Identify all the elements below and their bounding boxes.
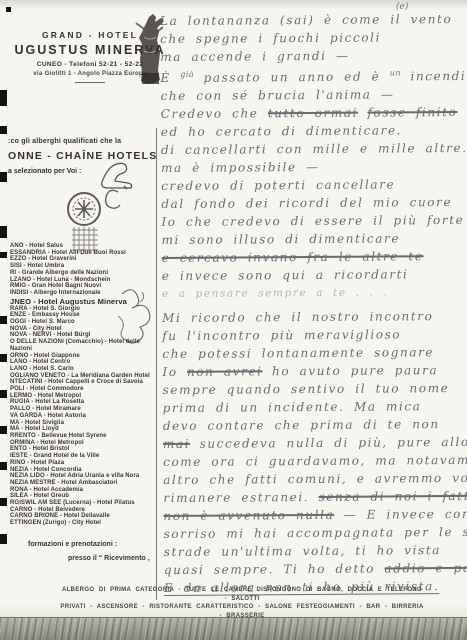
handwritten-line: non è avvenuto nulla — E invece con un: [163, 505, 465, 525]
hotel-list-item: CARNO - Hotel Belvedere: [10, 507, 157, 514]
hotel-list-item: RRENTO - Bellevue Hotel Syrene: [10, 433, 157, 440]
hotel-list-item: IESTE - Grand Hotel de la Ville: [10, 453, 157, 460]
handwritten-line: mi sono illuso di dimenticare: [161, 229, 463, 249]
scan-artifact: [0, 252, 7, 258]
scan-artifact: [0, 354, 7, 362]
handwritten-line: rimanere estranei. senza di noi i fatti: [163, 487, 465, 507]
chain-intro-line1: :co gli alberghi qualificati che la: [8, 138, 156, 145]
handwritten-line: sorriso mi hai accompagnata per le solit…: [164, 523, 466, 543]
hotel-list-item: ANO - Hotel Salus: [10, 243, 157, 250]
hotel-list-item: LANO - Hotel Centro: [10, 359, 157, 366]
hotel-list-item: ENTO - Hotel Bristol: [10, 446, 157, 453]
hotel-list-item: RI - Grande Albergo delle Nazioni: [10, 270, 157, 277]
handwritten-line: La lontananza (sai) è come il vento: [160, 10, 462, 30]
hotel-list-item: LANO - Hotel S. Carlo: [10, 366, 157, 373]
scan-artifact: [0, 126, 7, 134]
hotel-list-item: RMIO - Gran Hotel Bagni Nuovi: [10, 283, 157, 290]
scanned-letter-page: { "letterhead": { "line1": "GRAND - HOTE…: [0, 0, 467, 640]
hotel-list-item: ETTINGEN (Zurigo) - City Hotel: [10, 520, 157, 527]
amenities-footer-line1: ALBERGO DI PRIMA CATEGORIA - TUTTE LE CA…: [60, 586, 424, 603]
handwritten-line: È già passato un anno ed è un incendio: [160, 64, 462, 87]
handwritten-line: che potessi lontanamente sognare: [162, 343, 464, 363]
hotel-list-item: MA - Hotel Siviglia: [10, 420, 157, 427]
booking-info-line2: presso il “ Ricevimento ,: [68, 555, 158, 562]
amenities-footer: ALBERGO DI PRIMA CATEGORIA - TUTTE LE CA…: [60, 586, 424, 620]
handwritten-letter: La lontananza (sai) è come il ventoche s…: [160, 10, 466, 597]
hotel-list-item: JNEO - Hotel Augustus Minerva: [10, 297, 157, 306]
handwritten-line: mai succedeva nulla di più, pure allora: [163, 433, 465, 453]
hotel-list-item: NTECATINI - Hotel Cappelli e Croce di Sa…: [10, 379, 157, 386]
hotel-list-item: OGLIANO VENETO - La Meridiana Garden Hot…: [10, 373, 157, 380]
letter-paper: GRAND - HOTEL UGUSTUS MINERVA CUNEO - Te…: [0, 0, 467, 621]
scan-artifact: [0, 390, 7, 398]
letterhead-divider: [75, 82, 105, 83]
scan-artifact: [0, 316, 7, 324]
hotel-list-item: CARNO BRIONE - Hotel Dellavalle: [10, 513, 157, 520]
handwritten-line: ma accende i grandi —: [160, 46, 462, 66]
scan-artifact: [0, 172, 7, 182]
hotel-list-item: RGISWIL AM SEE (Lucerna) - Hotel Pilatus: [10, 500, 157, 507]
handwritten-line: fu l'incontro più meraviglioso: [162, 325, 464, 345]
handwritten-line: devo contare che prima di te non: [163, 415, 465, 435]
hotel-list-item: OGGI - Hotel S. Marco: [10, 319, 157, 326]
hotel-list-item: LERMO - Hotel Metropol: [10, 393, 157, 400]
hotel-list-item: ESSANDRIA - Hotel Alli Due Buoi Rossi: [10, 250, 157, 257]
booking-info: formazioni e prenotazioni : presso il “ …: [28, 541, 158, 562]
hotel-list-item: NOVA - NERVI - Hotel Bürgl: [10, 332, 157, 339]
scan-artifact: [0, 226, 7, 238]
handwritten-line: e invece sono qui a ricordarti: [162, 265, 464, 285]
scan-artifact: [0, 498, 7, 506]
hotel-list-item: VA GARDA - Hotel Astoria: [10, 413, 157, 420]
handwritten-line: ma è impossibile —: [161, 157, 463, 177]
handwritten-line: ed ho cercato di dimenticare.: [161, 121, 463, 141]
hotel-list-item: RARA - Hotel S. Giorgio: [10, 306, 157, 313]
scan-artifact: [0, 462, 7, 470]
handwritten-line: Io non avrei ho avuto pure paura: [162, 361, 464, 381]
hotel-list-item: RUGIA - Hotel La Rosetta: [10, 399, 157, 406]
hotel-list-item: MA - Hotel Lloyd: [10, 426, 157, 433]
handwritten-line: Credevo che tutto ormai fosse finito: [161, 103, 463, 123]
scanner-background-strip: [0, 617, 467, 640]
handwritten-line: di cancellarti con mille e mille altre.: [161, 139, 463, 159]
hotel-list-item: LZANO - Hotel Luna - Mondschein: [10, 277, 157, 284]
handwritten-line: e cercavo invano fra le altre te: [162, 247, 464, 267]
hotel-list-item: POLI - Hotel Commodore: [10, 386, 157, 393]
hotel-list-item: ENZE - Embassy House: [10, 312, 157, 319]
handwritten-line: come ora ci guardavamo, ma notavamo: [163, 451, 465, 471]
handwritten-line: e a pensare sempre a te . . .: [162, 283, 464, 303]
handwritten-line: Mi ricordo che il nostro incontro: [162, 307, 464, 327]
hotel-list-item: RINO - Hotel Plaza: [10, 460, 157, 467]
hotel-list-item: RONA - Hotel Accademia: [10, 487, 157, 494]
handwritten-line: Io che credevo di essere il più forte: [161, 211, 463, 231]
handwritten-line: quasi sempre. Ti ho detto addio e poi, v…: [164, 559, 466, 579]
scan-artifact: [0, 534, 7, 544]
hotel-list-item: O DELLE NAZIONI (Comacchio) - Hotel dell…: [10, 339, 157, 352]
booking-info-line1: formazioni e prenotazioni :: [28, 541, 158, 548]
handwritten-line: altro che fatti comuni, e avremmo voluto: [163, 469, 465, 489]
handwritten-line: sempre quando sentivo il tuo nome: [163, 379, 465, 399]
handwritten-line: che con sé brucia l'anima —: [160, 85, 462, 105]
handwritten-line: prima di un incidente. Ma mica: [163, 397, 465, 417]
hotel-list: ANO - Hotel SalusESSANDRIA - Hotel Alli …: [10, 243, 157, 527]
handwritten-line: dal fondo dei ricordi del mio cuore: [161, 193, 463, 213]
handwritten-line: che spegne i fuochi piccoli: [160, 28, 462, 48]
hotel-list-item: ORMINA - Hotel Metropol: [10, 440, 157, 447]
hotel-list-item: SISI - Hotel Umbra: [10, 263, 157, 270]
hotel-list-item: PALLO - Hotel Miramare: [10, 406, 157, 413]
scan-artifact: [0, 90, 7, 106]
hotel-list-item: SILEA - Hotel Greub: [10, 493, 157, 500]
hotel-list-item: INDISI - Albergo Internazionale: [10, 290, 157, 297]
handwritten-line: strade un'ultima volta, ti ho vista: [164, 541, 466, 561]
hotel-list-item: NEZIA LIDO - Hotel Adria Urania e villa …: [10, 473, 157, 480]
scan-artifact: [0, 426, 7, 434]
hotel-list-item: NEZIA - Hotel Concordia: [10, 467, 157, 474]
hotel-list-item: NEZIA MESTRE - Hotel Ambasciatori: [10, 480, 157, 487]
handwritten-line: credevo di poterti cancellare: [161, 175, 463, 195]
hotel-list-item: ORNO - Hotel Giappone: [10, 353, 157, 360]
hotel-list-item: NOVA - City Hotel: [10, 326, 157, 333]
scan-artifact: [6, 7, 11, 12]
hotel-list-item: EZZO - Hotel Graverini: [10, 256, 157, 263]
